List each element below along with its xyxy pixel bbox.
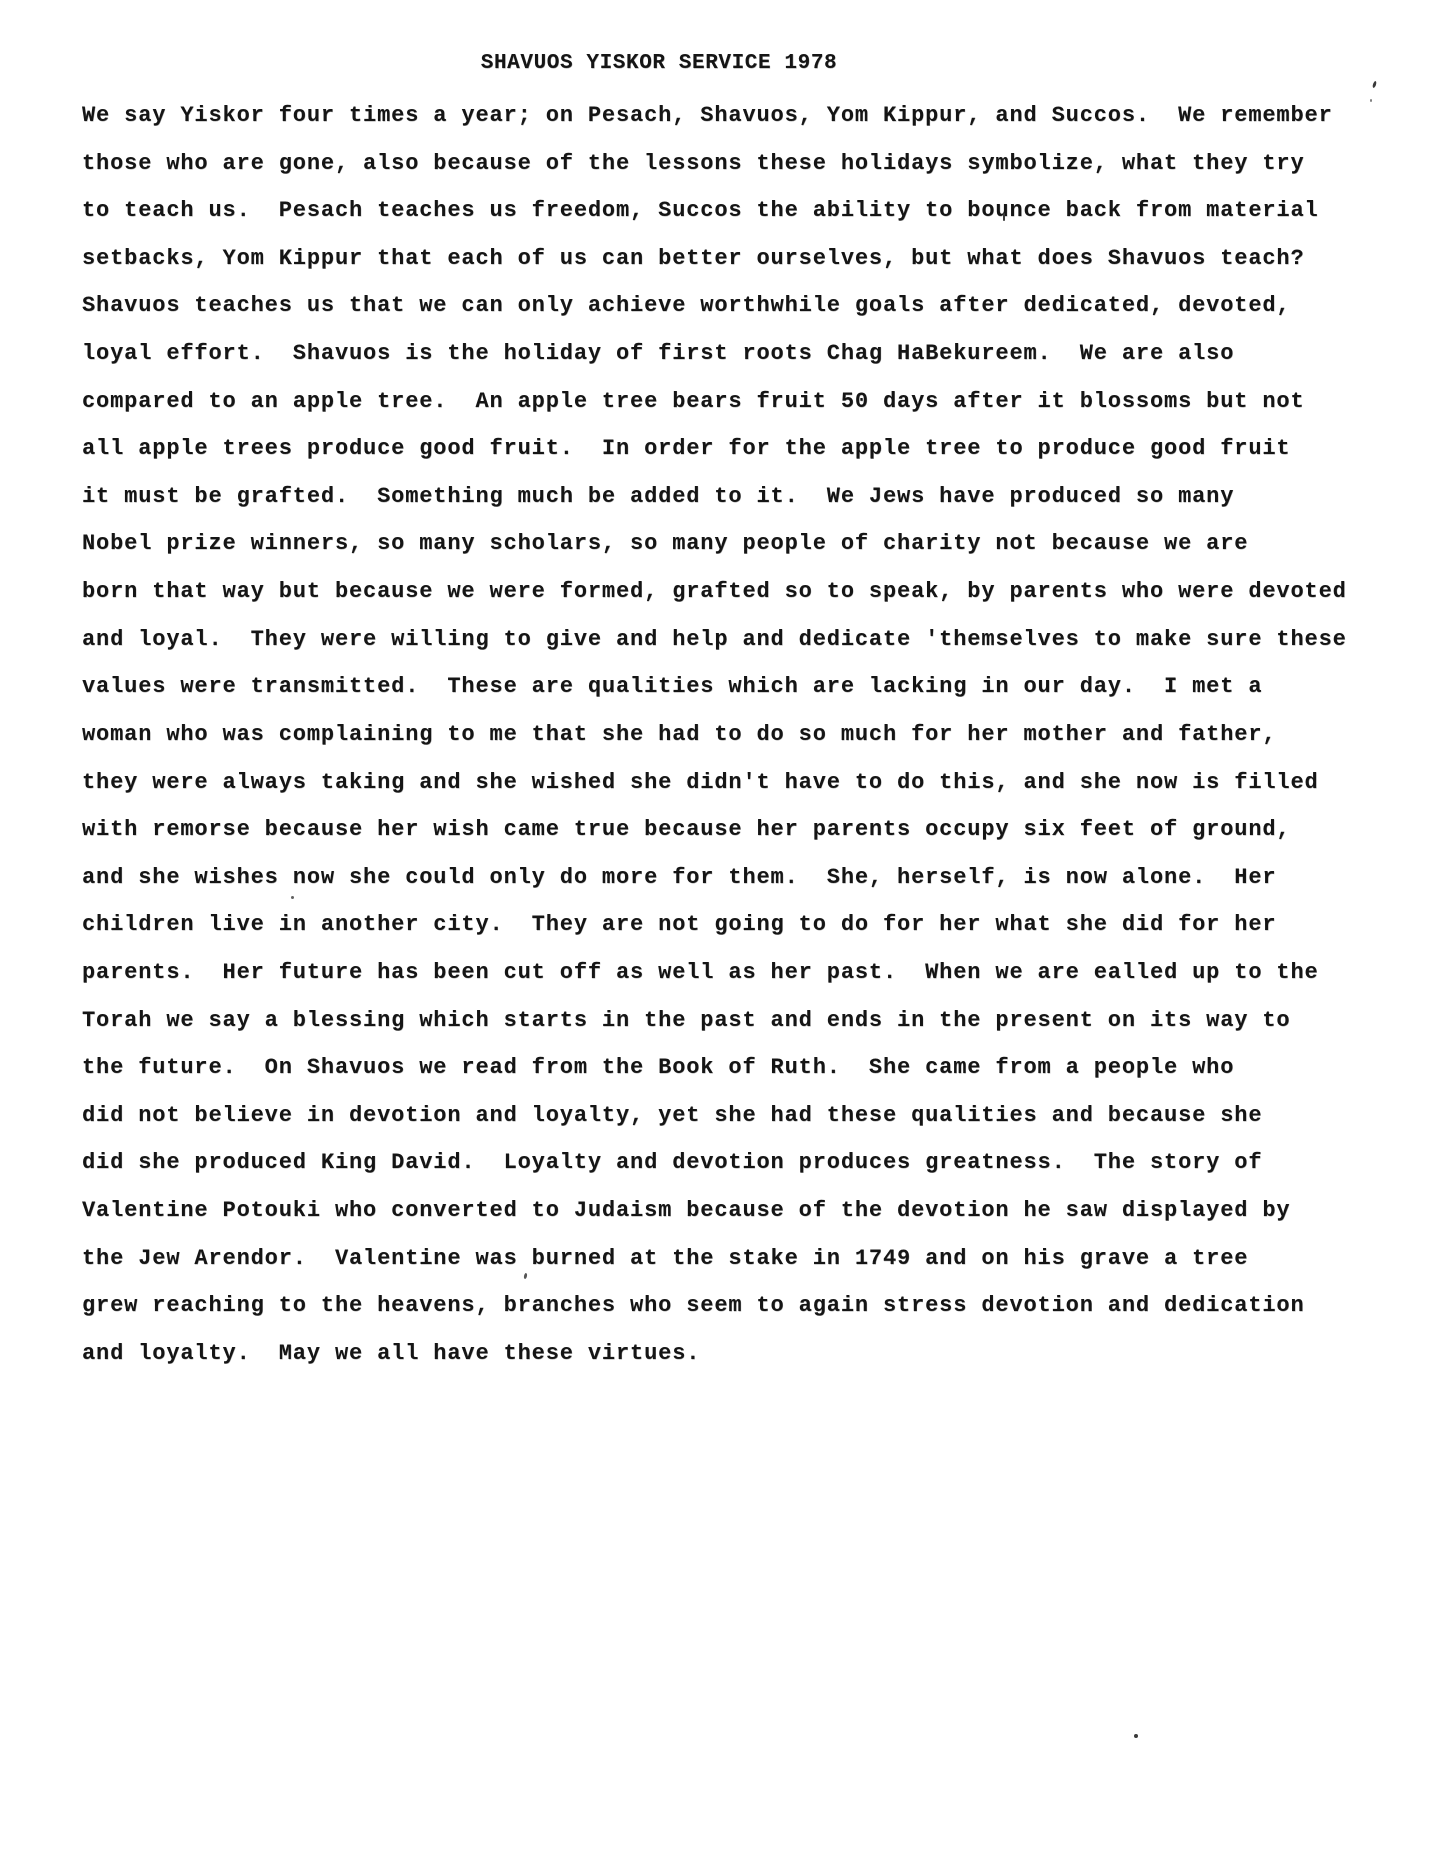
typed-line: parents. Her future has been cut off as … <box>82 949 1402 997</box>
typed-line: to teach us. Pesach teaches us freedom, … <box>82 187 1402 235</box>
typed-line: Shavuos teaches us that we can only achi… <box>82 282 1402 330</box>
typed-line: woman who was complaining to me that she… <box>82 711 1402 759</box>
typed-line: grew reaching to the heavens, branches w… <box>82 1282 1402 1330</box>
typed-line: setbacks, Yom Kippur that each of us can… <box>82 235 1402 283</box>
typed-line: Nobel prize winners, so many scholars, s… <box>82 520 1402 568</box>
typed-line: values were transmitted. These are quali… <box>82 663 1402 711</box>
typed-line: Torah we say a blessing which starts in … <box>82 997 1402 1045</box>
typed-line: did not believe in devotion and loyalty,… <box>82 1092 1402 1140</box>
typed-line: all apple trees produce good fruit. In o… <box>82 425 1402 473</box>
typed-line: the Jew Arendor. Valentine was burned at… <box>82 1235 1402 1283</box>
scan-speck <box>1372 81 1377 89</box>
typed-line: the future. On Shavuos we read from the … <box>82 1044 1402 1092</box>
typed-line: compared to an apple tree. An apple tree… <box>82 378 1402 426</box>
typed-line: did she produced King David. Loyalty and… <box>82 1139 1402 1187</box>
typed-line: loyal effort. Shavuos is the holiday of … <box>82 330 1402 378</box>
typewritten-page: SHAVUOS YISKOR SERVICE 1978 We say Yisko… <box>0 0 1430 1851</box>
typed-line: and loyalty. May we all have these virtu… <box>82 1330 1402 1378</box>
document-title: SHAVUOS YISKOR SERVICE 1978 <box>0 52 1318 75</box>
scan-speck <box>1003 213 1005 221</box>
typed-line: born that way but because we were formed… <box>82 568 1402 616</box>
document-body: We say Yiskor four times a year; on Pesa… <box>82 92 1402 1377</box>
typed-line: We say Yiskor four times a year; on Pesa… <box>82 92 1402 140</box>
typed-line: and she wishes now she could only do mor… <box>82 854 1402 902</box>
typed-line: with remorse because her wish came true … <box>82 806 1402 854</box>
scan-speck <box>1134 1734 1138 1738</box>
typed-line: Valentine Potouki who converted to Judai… <box>82 1187 1402 1235</box>
typed-line: and loyal. They were willing to give and… <box>82 616 1402 664</box>
typed-line: those who are gone, also because of the … <box>82 140 1402 188</box>
typed-line: they were always taking and she wished s… <box>82 759 1402 807</box>
typed-line: children live in another city. They are … <box>82 901 1402 949</box>
scan-speck <box>1370 99 1372 102</box>
typed-line: it must be grafted. Something much be ad… <box>82 473 1402 521</box>
scan-speck <box>291 896 294 899</box>
